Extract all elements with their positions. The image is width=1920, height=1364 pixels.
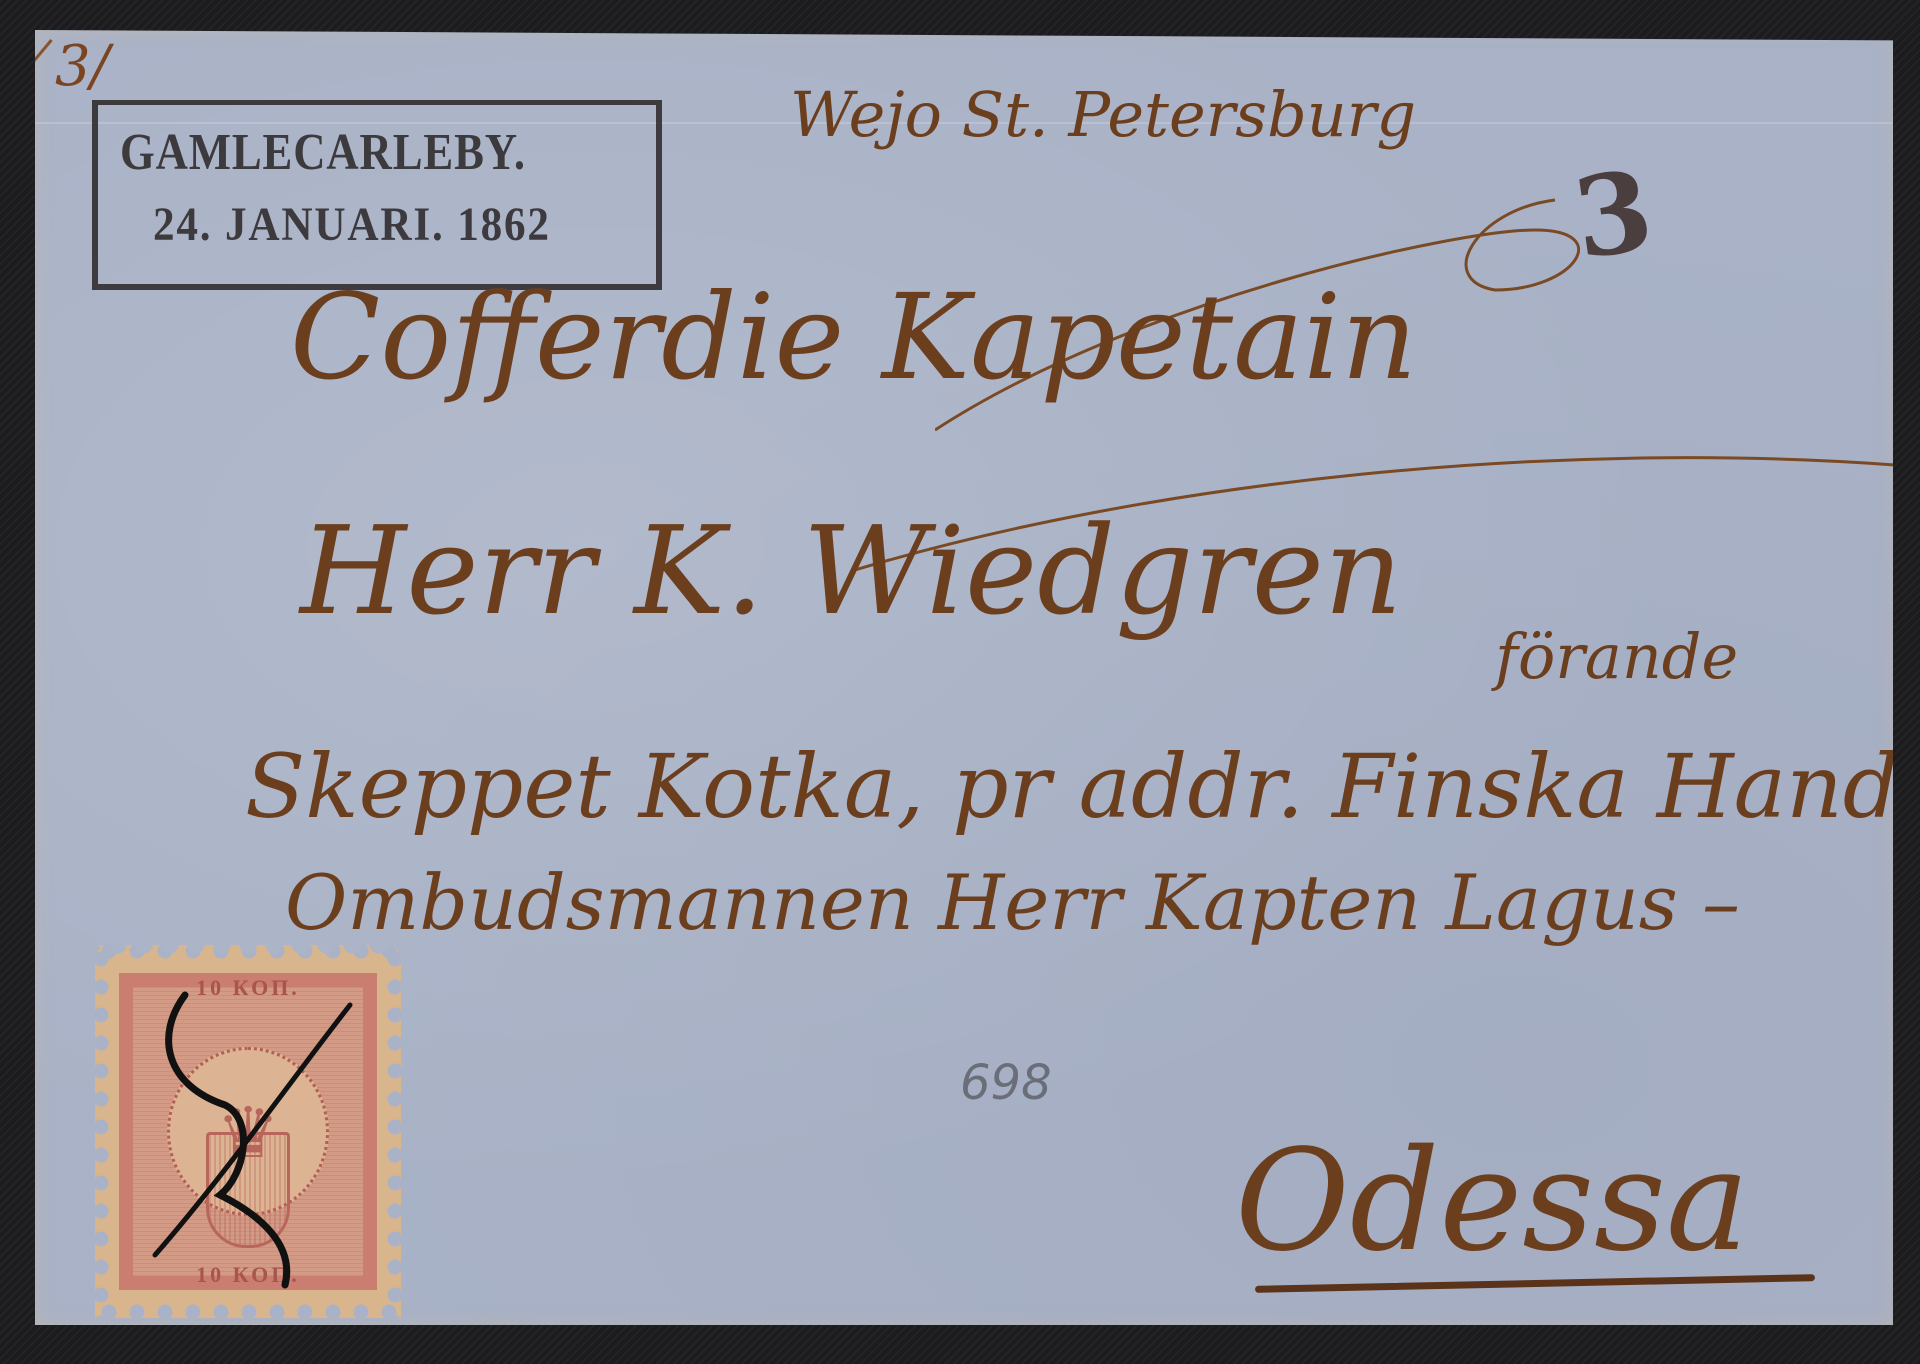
corner-manuscript-mark: 3/ (55, 34, 110, 99)
postage-stamp: 10 КОП. ♛ 10 КОП. (95, 945, 401, 1318)
postmark-date: 24. JANUARI. 1862 (153, 197, 551, 252)
pencil-note: 698 (960, 1055, 1052, 1111)
address-line-1: Cofferdie Kapetain (290, 268, 1417, 406)
postmark-box: GAMLECARLEBY. 24. JANUARI. 1862 (92, 100, 662, 290)
pen-cancel-icon (95, 945, 401, 1318)
address-line-3: Skeppet Kotka, pr addr. Finska Handels (245, 735, 1920, 838)
corner-slash-mark (0, 39, 53, 141)
address-line-2-suffix: förande (1495, 620, 1738, 693)
envelope: 3/ GAMLECARLEBY. 24. JANUARI. 1862 Wejo … (35, 30, 1893, 1325)
destination: Odessa (1235, 1120, 1749, 1283)
rate-mark: 3 (1566, 145, 1660, 283)
address-line-4: Ombudsmannen Herr Kapten Lagus – (285, 858, 1740, 947)
address-line-2: Herr K. Wiedgren (300, 500, 1402, 642)
postmark-town: GAMLECARLEBY. (120, 123, 526, 182)
